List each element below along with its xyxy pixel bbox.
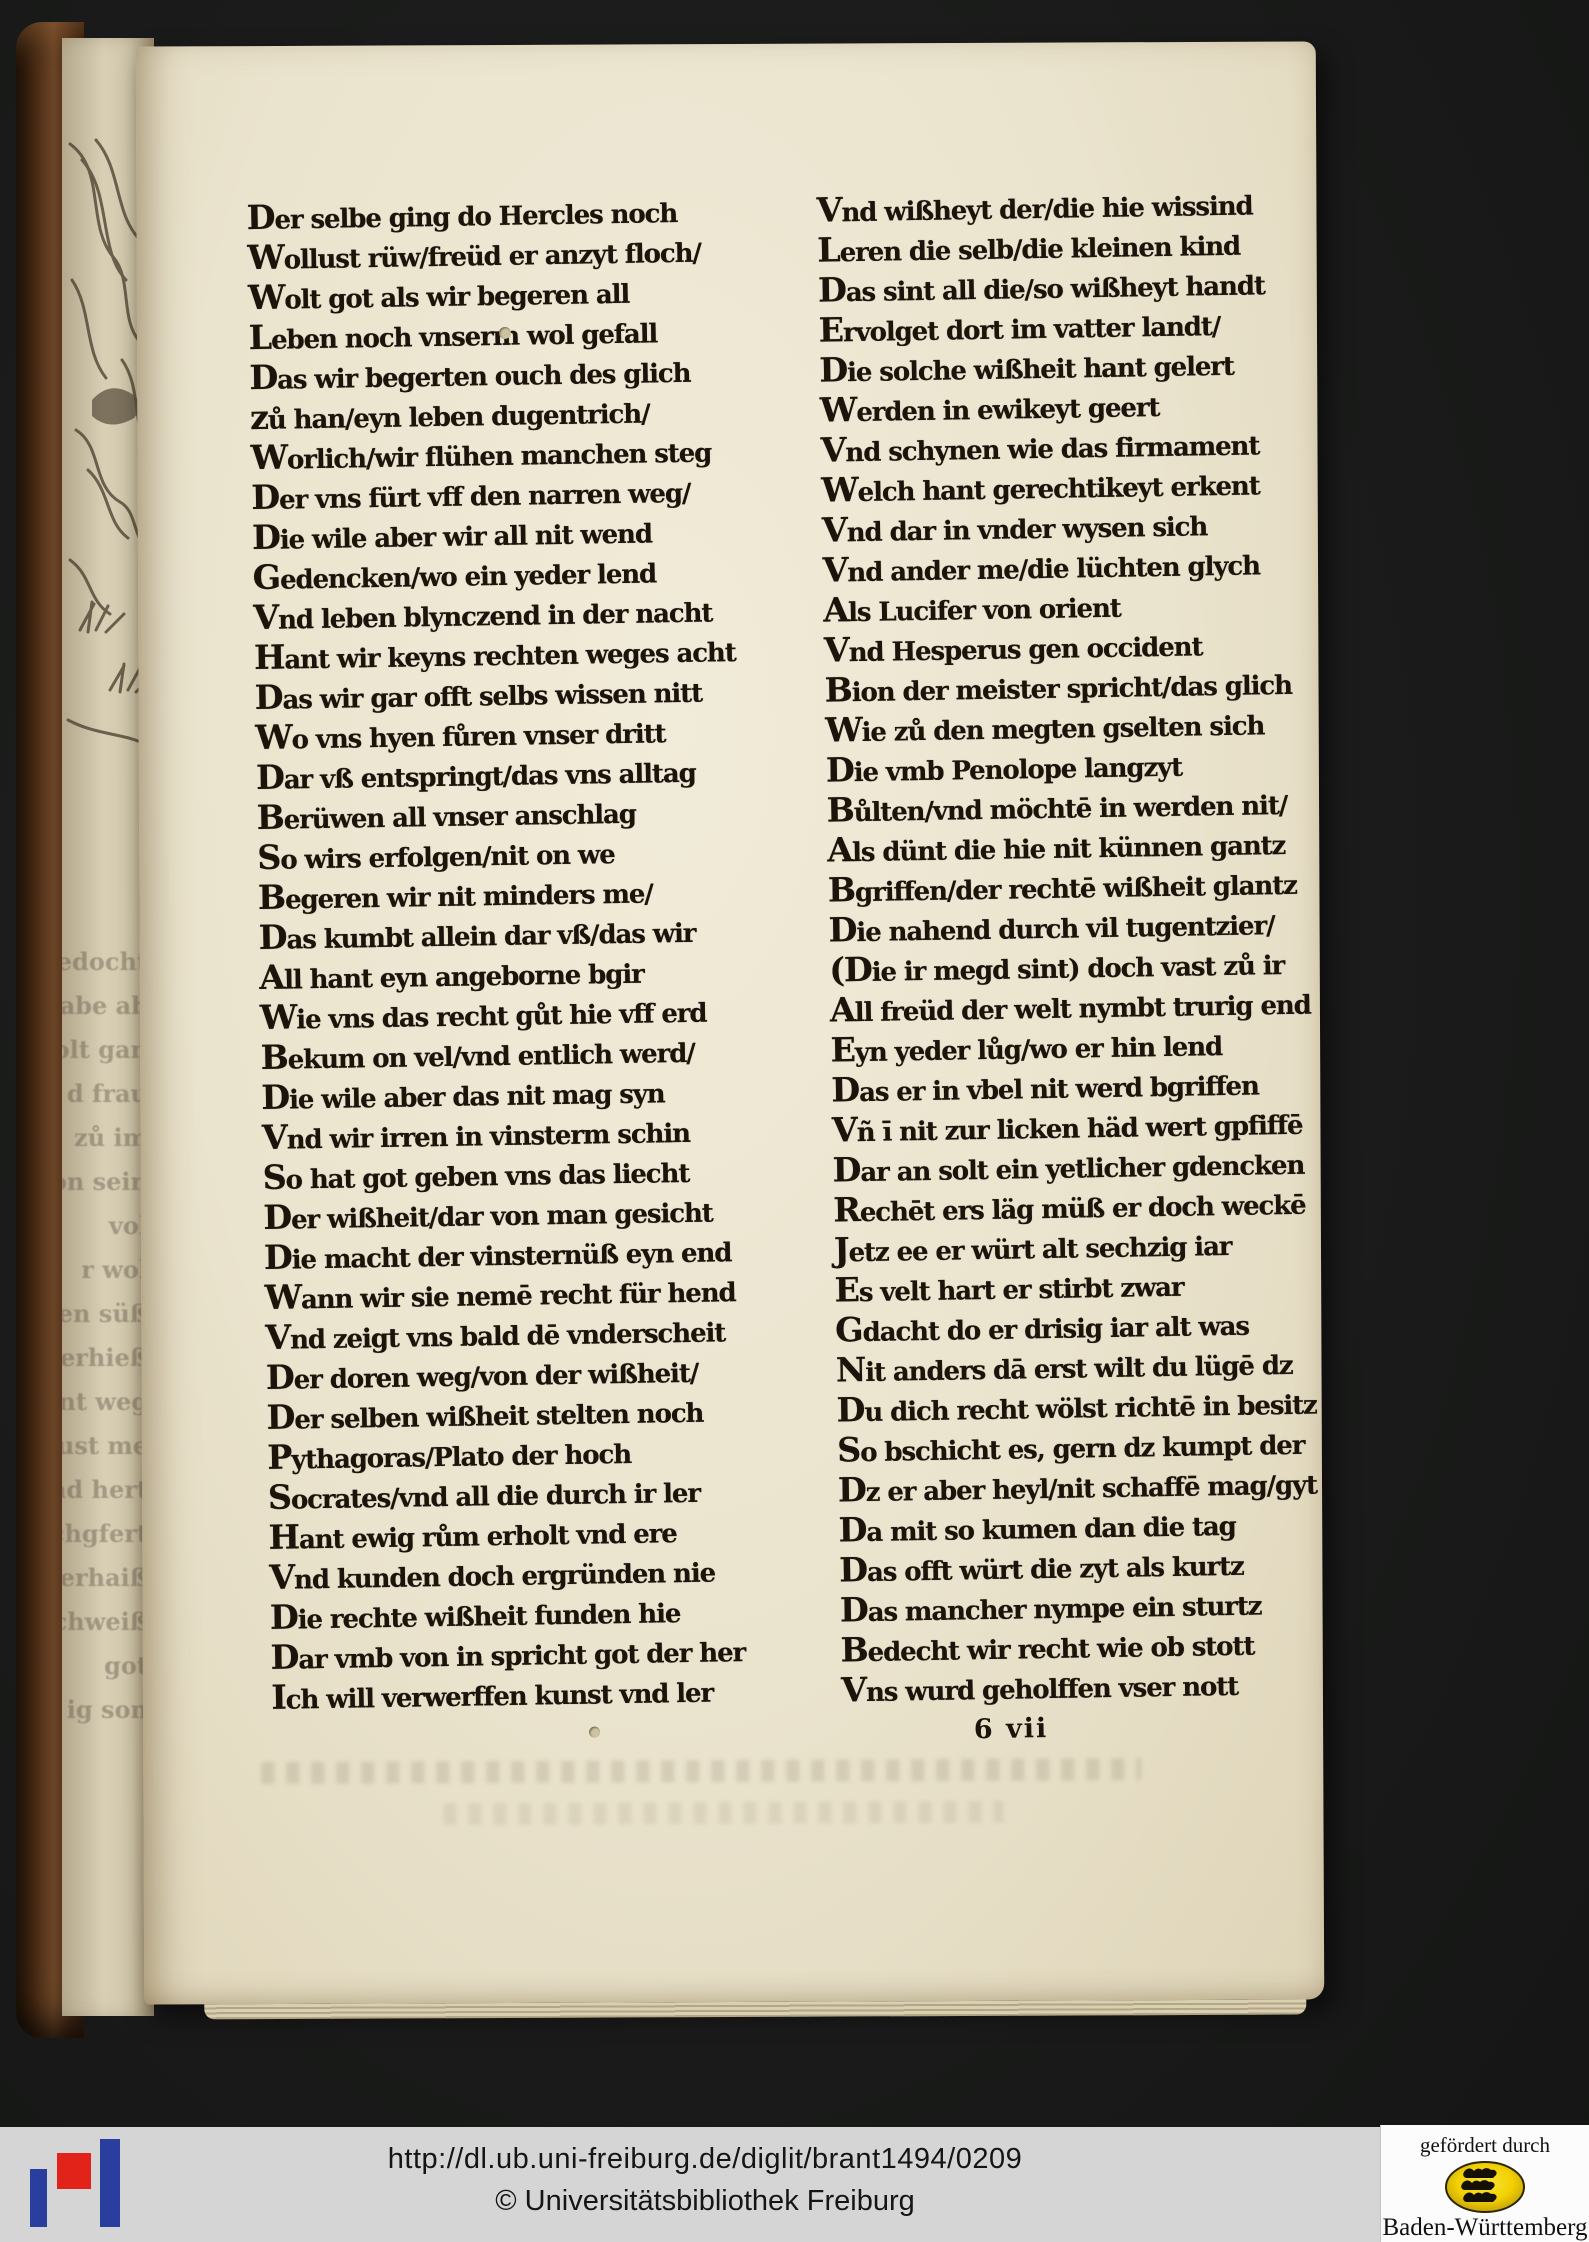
verso-text-fragment: wolust me bbox=[62, 1424, 148, 1468]
source-url: http://dl.ub.uni-freiburg.de/diglit/bran… bbox=[388, 2143, 1022, 2176]
paper-hole bbox=[589, 1727, 600, 1738]
verso-text-fragment: t erden süß bbox=[62, 1292, 148, 1336]
paper-hole bbox=[499, 327, 511, 339]
verso-text-fragment: er habe ab bbox=[62, 984, 148, 1028]
verse-line: Die solche wißheit hant gelert bbox=[819, 343, 1290, 391]
verse-line: Ich will verwerffen kunst vnd ler bbox=[271, 1669, 802, 1718]
verse-line: Dz er aber heyl/nit schaffē mag/gyt bbox=[838, 1463, 1309, 1511]
verso-text-fragment: got bbox=[62, 1644, 148, 1688]
verso-text-fragment: schgfert bbox=[62, 1512, 148, 1556]
verso-text-fragment: n gedocht bbox=[62, 940, 148, 984]
text-column-right: Vnd wißheyt der/die hie wissindLeren die… bbox=[816, 183, 1311, 1711]
text-block: Der selbe ging do Hercles nochWollust rü… bbox=[246, 181, 1302, 1798]
verso-text-fragment: on sein bbox=[62, 1160, 148, 1204]
funding-label: gefördert durch bbox=[1381, 2133, 1589, 2158]
verse-line: All freüd der welt nymbt trurig end bbox=[830, 983, 1301, 1031]
verso-text-fragments: n gedochter habe abwolt gand frauzů imon… bbox=[62, 940, 148, 1732]
funding-box: gefördert durch Baden-Württemberg bbox=[1380, 2125, 1589, 2242]
text-column-left: Der selbe ging do Hercles nochWollust rü… bbox=[246, 189, 801, 1718]
verso-text-fragment: d frau bbox=[62, 1072, 148, 1116]
caption-block: http://dl.ub.uni-freiburg.de/diglit/bran… bbox=[388, 2127, 1022, 2218]
mark-red-square bbox=[57, 2153, 91, 2189]
verso-text-fragment: zů im bbox=[62, 1116, 148, 1160]
funding-region: Baden-Württemberg bbox=[1381, 2214, 1589, 2242]
verso-text-fragment: munt weg bbox=[62, 1380, 148, 1424]
verso-text-fragment: ig son bbox=[62, 1688, 148, 1732]
mark-blue-bar bbox=[100, 2139, 120, 2227]
mark-blue-bar bbox=[30, 2169, 47, 2227]
baden-wuerttemberg-arms-icon bbox=[1444, 2160, 1526, 2214]
verse-line: Rechēt ers läg müß er doch weckē bbox=[833, 1183, 1304, 1231]
verse-line: Vnd ander me/die lüchten glych bbox=[822, 543, 1293, 591]
ink-showthrough bbox=[261, 1758, 1141, 1784]
quire-signature: 6 vii bbox=[974, 1713, 1049, 1745]
verso-text-fragment: verhieß bbox=[62, 1336, 148, 1380]
copyright-line: © Universitätsbibliothek Freiburg bbox=[388, 2185, 1022, 2218]
verse-line: Bedecht wir recht wie ob stott bbox=[840, 1623, 1311, 1671]
verse-line: Welch hant gerechtikeyt erkent bbox=[821, 463, 1292, 511]
verso-text-fragment: verhaiß bbox=[62, 1556, 148, 1600]
book-page: Der selbe ging do Hercles nochWollust rü… bbox=[136, 41, 1325, 2004]
ink-showthrough bbox=[443, 1801, 1003, 1825]
footer-bar: http://dl.ub.uni-freiburg.de/diglit/bran… bbox=[0, 2127, 1589, 2242]
verse-line: Wie zů den megten gselten sich bbox=[825, 703, 1296, 751]
library-mark-icon bbox=[30, 2139, 122, 2229]
verse-line: Vns wurd geholffen vser nott bbox=[841, 1663, 1312, 1711]
verso-text-fragment: vol bbox=[62, 1204, 148, 1248]
verso-text-fragment: im schweiß bbox=[62, 1600, 148, 1644]
scan-viewport: n gedochter habe abwolt gand frauzů imon… bbox=[0, 0, 1589, 2242]
verso-text-fragment: r wol bbox=[62, 1248, 148, 1292]
verso-text-fragment: wolt gan bbox=[62, 1028, 148, 1072]
verso-text-fragment: vnd hert bbox=[62, 1468, 148, 1512]
